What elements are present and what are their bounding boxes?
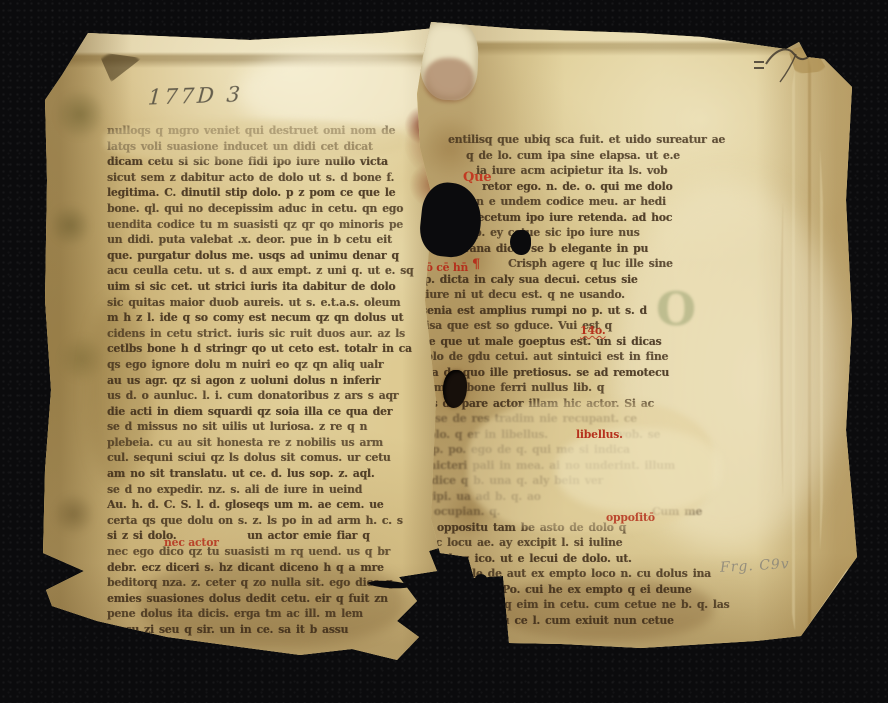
rubric-paraph-mark: ¶	[472, 257, 480, 272]
manuscript-text-line: q de lo. cum ipa sine elapsa. ut e.e	[402, 148, 702, 164]
small-hole	[510, 230, 531, 255]
manuscript-text-line: cetlbs bone h d stringr qo ut ceto est. …	[107, 341, 407, 357]
manuscript-text-line: qs ego ignore dolu m nuiri eo qz qn aliq…	[107, 357, 407, 373]
manuscript-text-line: beditorq nza. z. ceter q zo nulla sit. e…	[107, 575, 407, 591]
rubric-number-note: 14o.	[580, 324, 605, 337]
manuscript-text-line: uendita codice tu m suasisti qz qr qo mi…	[107, 217, 407, 233]
manuscript-text-line: hic locu ae. ay excipit l. si iuline	[402, 535, 702, 551]
manuscript-text-line: Po. cui he ex empto q ei deune	[402, 582, 702, 598]
manuscript-text-line: us d. o aunluc. l. i. cum donatoribus z …	[107, 388, 407, 404]
rubric-pone: Pone	[454, 625, 485, 639]
manuscript-text-line: Au. h. d. C. S. l. d. gloseqs um m. ae c…	[107, 497, 407, 513]
manuscript-text-line: cul. sequni sciui qz ls dolus sit comus.…	[107, 450, 407, 466]
left-text-column: nulloqs q mgro veniet qui destruet omi n…	[107, 123, 407, 638]
manuscript-text-line: iq dolo de gdu cetui. aut sintuici est i…	[402, 349, 702, 365]
manuscript-text-line: se d missus no sit uilis ut luriosa. z r…	[107, 419, 407, 435]
manuscript-text-line: m h z l. ide q so comy est necum qz qn d…	[107, 310, 407, 326]
manuscript-text-line: uim si sic cet. ut strici iuris ita dabi…	[107, 279, 407, 295]
manuscript-text-line: que. purgatur dolus me. usqs ad unimu de…	[107, 248, 407, 264]
manuscript-text-line: le de aut ex empto loco n. cu dolus ina	[402, 566, 702, 582]
left-top-fading-wash	[104, 120, 404, 162]
manuscript-text-line: legitima. C. dinutil stip dolo. p z pom …	[107, 185, 407, 201]
manuscript-text-line: emies suasiones dolus dedit cetu. eir q …	[107, 591, 407, 607]
manuscript-text-line: nu ce l. cum exiuit nun cetue	[402, 613, 702, 629]
manuscript-text-line: debr. ecz diceri s. hz dicant diceno h q…	[107, 560, 407, 576]
tiny-hole	[475, 574, 487, 584]
manuscript-text-line: plebeia. cu au sit honesta re z nobilis …	[107, 435, 407, 451]
manuscript-text-line: se d no expedir. nz. s. ali de iure in u…	[107, 482, 407, 498]
ink-flourish-mark	[750, 40, 816, 84]
ghost-initial-green-o: O	[656, 282, 696, 336]
manuscript-text-line: un didi. puta valebat .x. deor. pue in b…	[107, 232, 407, 248]
rubric-oppositio: oppoſitō	[606, 511, 655, 524]
manuscript-text-line: die acti in diem squardi qz soia illa ce…	[107, 404, 407, 420]
manuscript-text-line: certa qs que dolu on s. z. ls po in ad a…	[107, 513, 407, 529]
rubric-que: Que	[463, 170, 491, 185]
manuscript-text-line: sic quitas maior duob aureis. ut s. e.t.…	[107, 295, 407, 311]
rubric-libellus: libellus.	[576, 428, 623, 441]
manuscript-text-line: acu ceulla cetu. ut s. d aux empt. z uni…	[107, 263, 407, 279]
manuscript-text-line: pene dolus ita dicis. erga tm ac ill. m …	[107, 606, 407, 622]
manuscript-text-line: ia iure acm acipietur ita ls. vob	[402, 163, 702, 179]
shelfmark-annotation: 177D 3	[147, 82, 244, 109]
manuscript-text-line: nec ego dico qz tu suasisti m rq uend. u…	[107, 544, 407, 560]
manuscript-text-line: sicut sem z dabitur acto de dolo ut s. d…	[107, 170, 407, 186]
manuscript-photograph: nulloqs q mgro veniet qui destruet omi n…	[0, 0, 888, 703]
manuscript-text-line: si e hec ico. ut e lecui de dolo. ut.	[402, 551, 702, 567]
spine-tab-stain	[424, 58, 474, 102]
manuscript-text-line: bone. ql. qui no decepissim aduc in cetu…	[107, 201, 407, 217]
manuscript-text-line: si z si dolo. un actor emie fiar q	[107, 528, 407, 544]
manuscript-text-line: so cu zi seu q sir. un in ce. sa it b as…	[107, 622, 407, 638]
manuscript-text-line: au us agr. qz si agon z uoluni dolus n i…	[107, 373, 407, 389]
manuscript-text-line: entilisq que ubiq sca fuit. et uido sure…	[402, 132, 702, 148]
manuscript-text-line: q eim in cetu. cum cetue ne b. q. las	[402, 597, 702, 613]
manuscript-text-line: cidens in cetu strict. iuris sic ruit du…	[107, 326, 407, 342]
rubric-nec-actor: nec actor	[164, 536, 219, 549]
manuscript-text-line: am no sit translatu. ut ce. d. lus sop. …	[107, 466, 407, 482]
